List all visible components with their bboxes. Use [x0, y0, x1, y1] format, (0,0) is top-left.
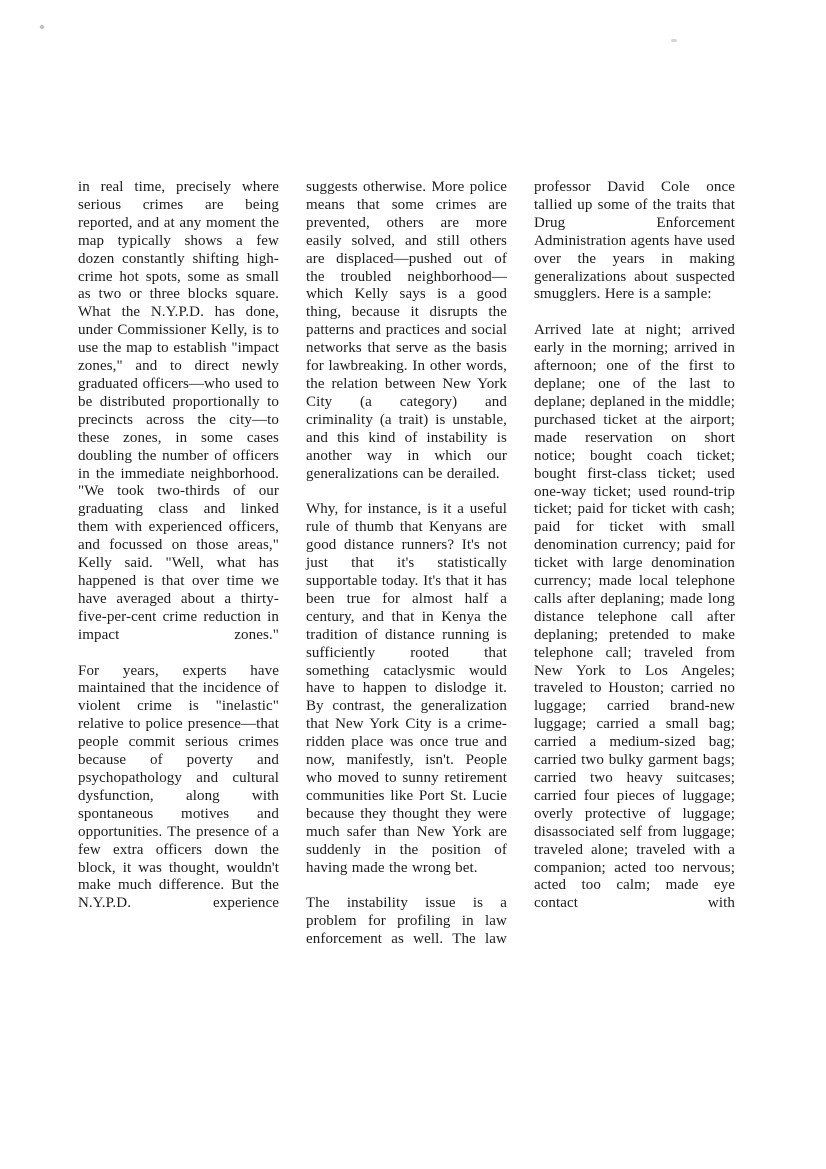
paragraph: For years, experts have maintained that …: [78, 663, 279, 914]
article-text-block: in real time, precisely where serious cr…: [78, 179, 736, 949]
paragraph: Why, for instance, is it a useful rule o…: [306, 501, 507, 877]
text-column-2: suggests otherwise. More police means th…: [306, 179, 507, 949]
text-column-1: in real time, precisely where serious cr…: [78, 179, 279, 949]
paragraph: suggests otherwise. More police means th…: [306, 179, 507, 483]
scan-speck: [671, 39, 677, 42]
text-column-3: professor David Cole once tallied up som…: [534, 179, 735, 949]
paragraph: Arrived late at night; arrived early in …: [534, 322, 735, 913]
paragraph: professor David Cole once tallied up som…: [534, 179, 735, 304]
paragraph: The instability issue is a problem for p…: [306, 895, 507, 949]
scan-speck: [39, 24, 45, 30]
paragraph: in real time, precisely where serious cr…: [78, 179, 279, 645]
scanned-page: in real time, precisely where serious cr…: [0, 0, 826, 1169]
